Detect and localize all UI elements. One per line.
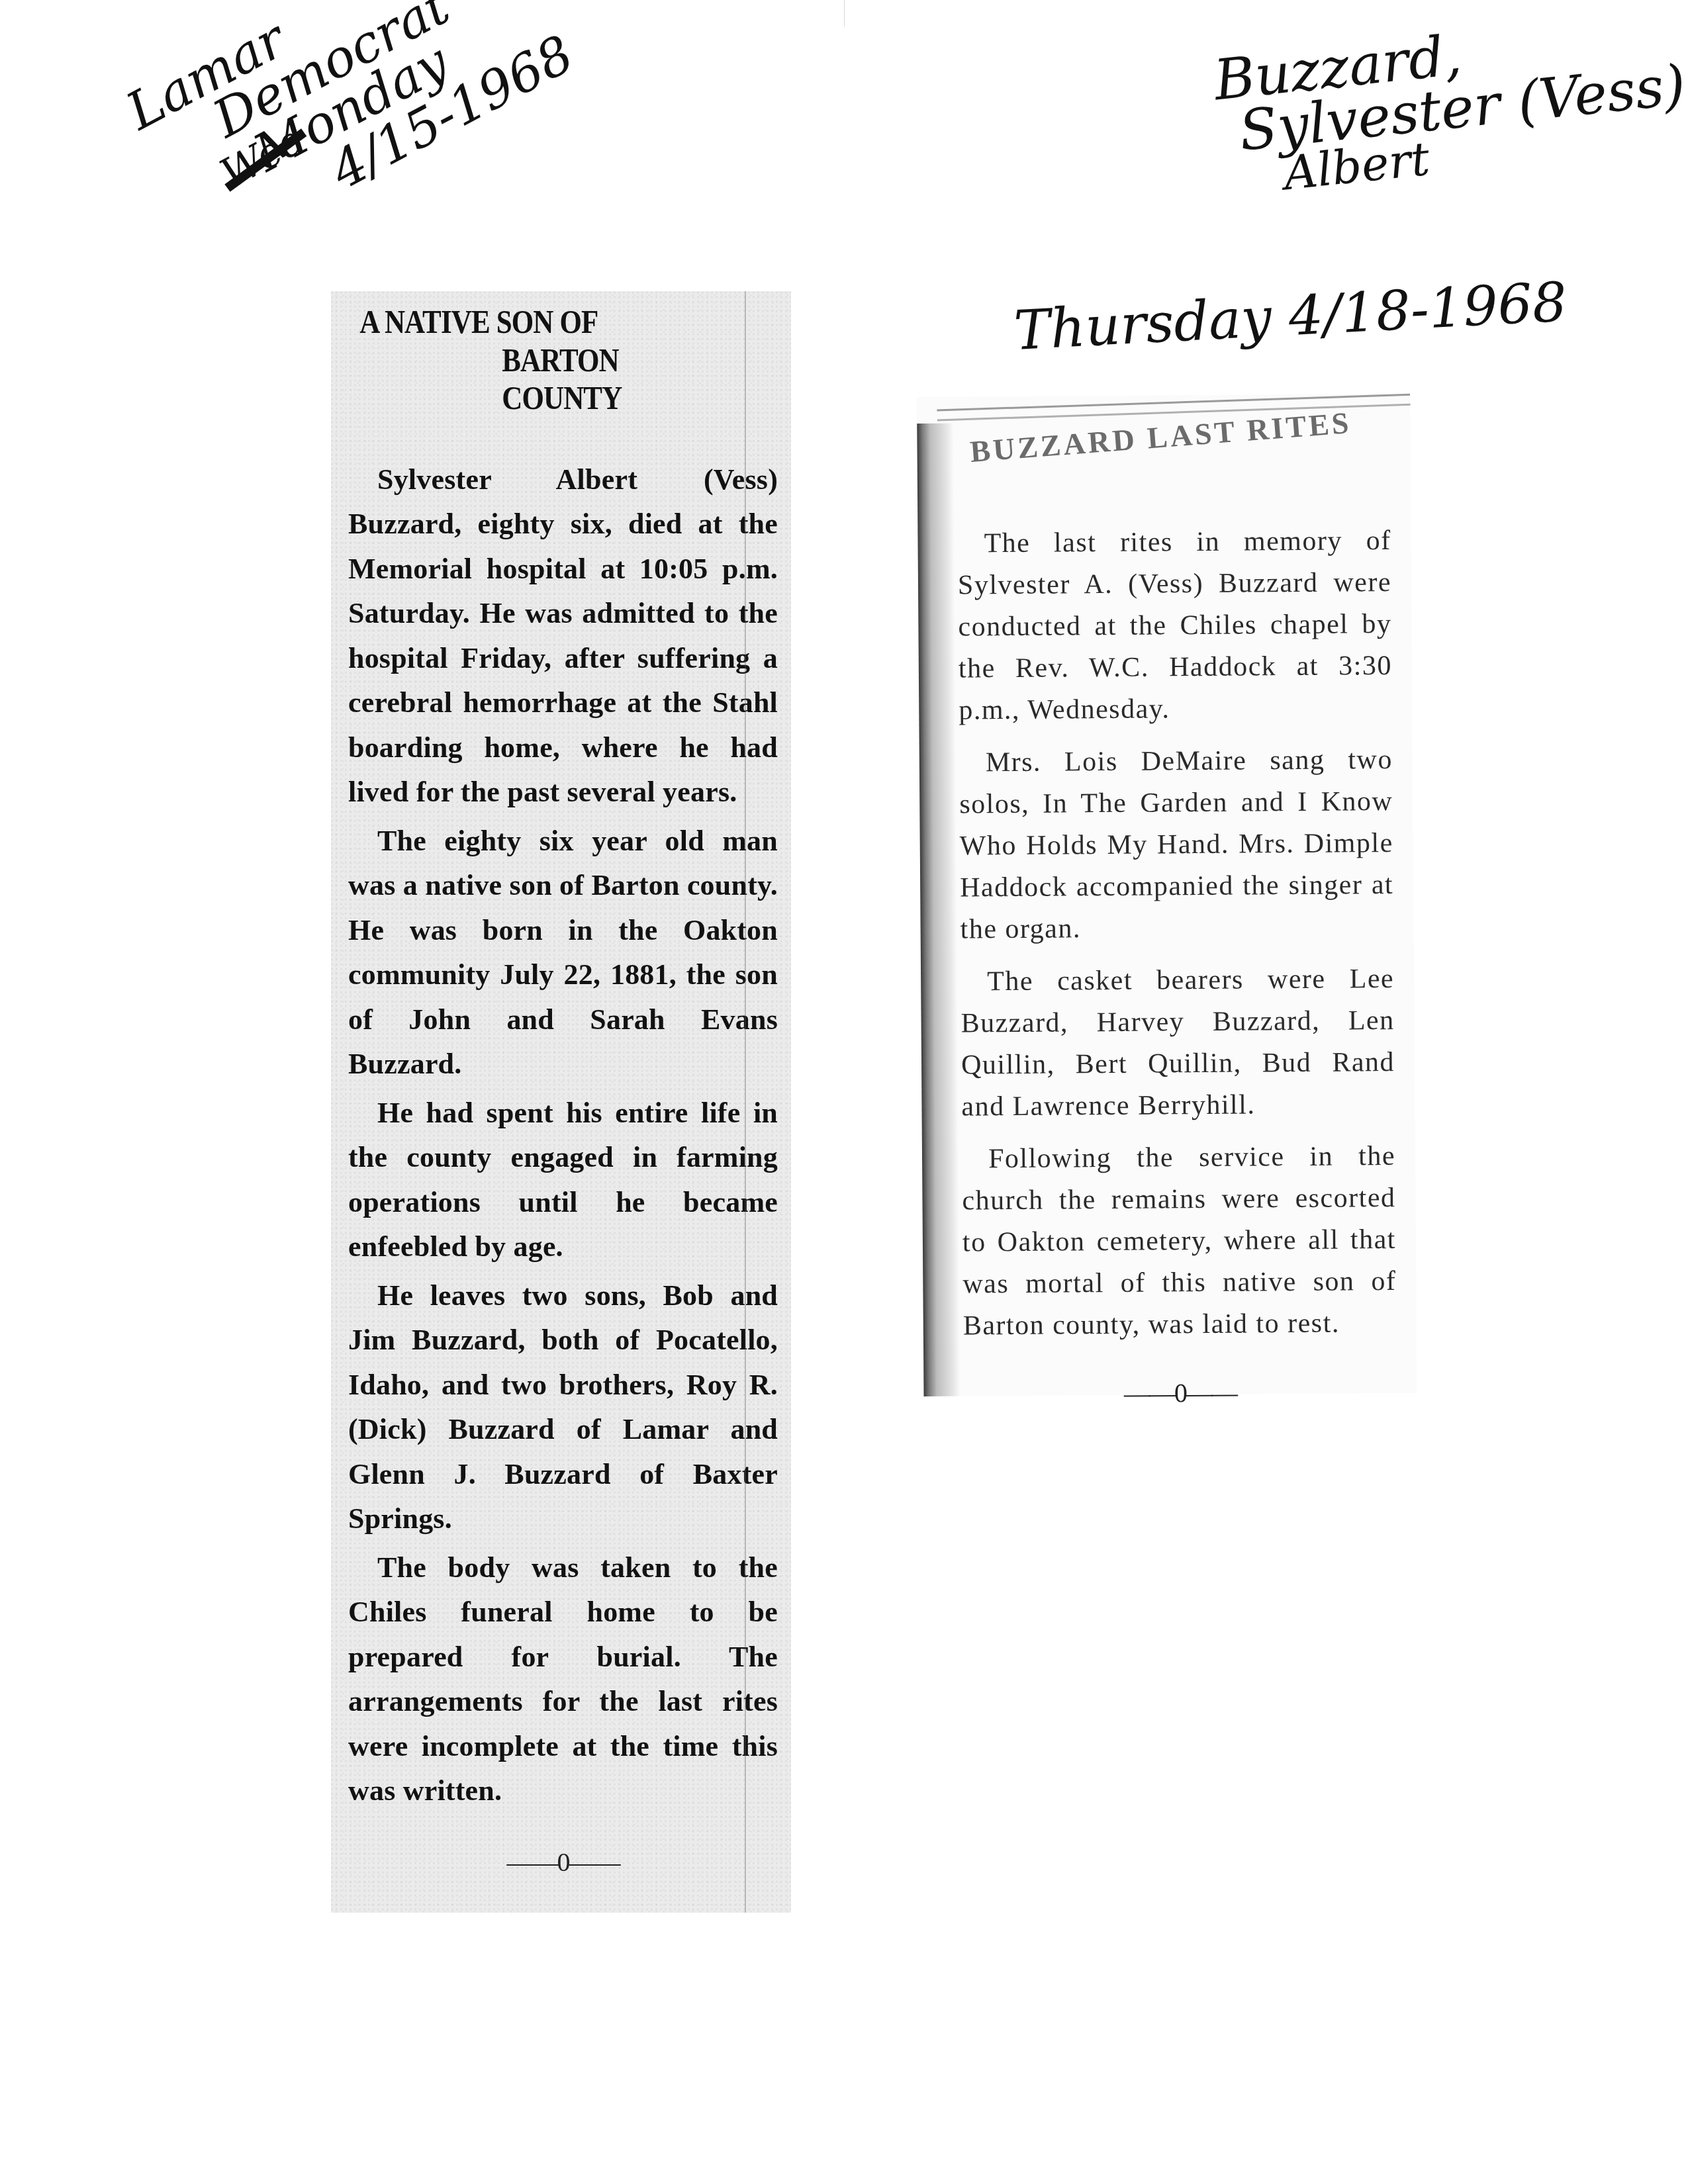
handwritten-last-rites-date: Thursday 4/18-1968	[1013, 275, 1568, 359]
last-rites-paragraph: The last rites in memory of Sylvester A.…	[957, 520, 1392, 732]
obituary-headline-line-2: BARTON COUNTY	[348, 341, 718, 418]
end-of-article-mark: ——0——	[963, 1371, 1397, 1416]
obituary-paragraph: The eighty six year old man was a native…	[348, 819, 778, 1087]
last-rites-clipping: BUZZARD LAST RITES The last rites in mem…	[917, 394, 1417, 1396]
obituary-paragraph: He had spent his entire life in the coun…	[348, 1091, 778, 1269]
last-rites-headline: BUZZARD LAST RITES	[956, 402, 1391, 470]
last-rites-body: The last rites in memory of Sylvester A.…	[957, 520, 1397, 1416]
obituary-headline: A NATIVE SON OF BARTON COUNTY	[348, 303, 718, 418]
last-rites-paragraph: Following the service in the church the …	[962, 1136, 1397, 1347]
page-fold-line	[844, 0, 845, 26]
obituary-paragraph: The body was taken to the Chiles funeral…	[348, 1545, 778, 1813]
obituary-clipping: A NATIVE SON OF BARTON COUNTY Sylvester …	[331, 291, 791, 1913]
obituary-headline-line-1: A NATIVE SON OF	[348, 303, 718, 341]
last-rites-paragraph: The casket bearers were Lee Buzzard, Har…	[961, 958, 1395, 1128]
end-of-article-mark: ——0——	[348, 1840, 778, 1885]
obituary-paragraph: He leaves two sons, Bob and Jim Buzzard,…	[348, 1273, 778, 1541]
last-rites-paragraph: Mrs. Lois DeMaire sang two solos, In The…	[959, 739, 1394, 951]
handwritten-subject-name: Buzzard, Sylvester (Vess) Albert	[1211, 4, 1688, 203]
obituary-body: Sylvester Albert (Vess) Buzzard, eighty …	[348, 457, 778, 1885]
handwritten-source-note: Lamar Democrat Wed Monday 4/15-1968	[119, 0, 581, 269]
obituary-paragraph: Sylvester Albert (Vess) Buzzard, eighty …	[348, 457, 778, 815]
